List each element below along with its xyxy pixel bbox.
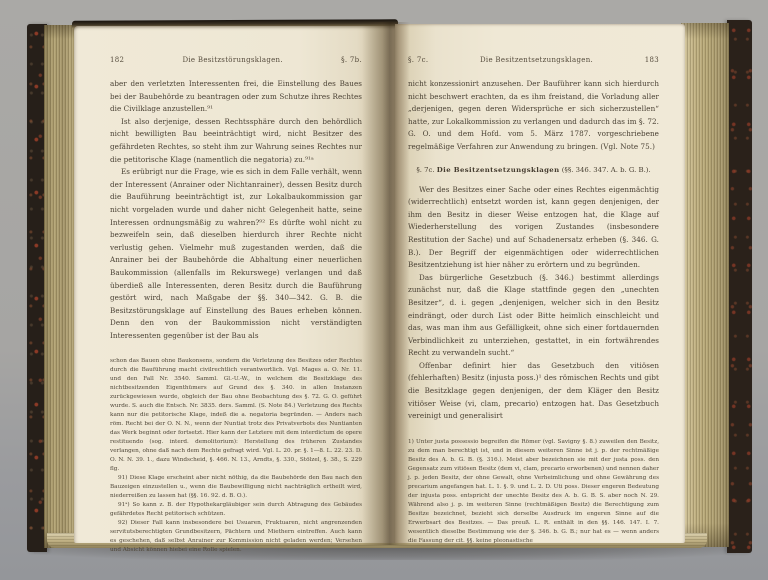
left-footnotes: schon das Bauen ohne Baukonsens, sondern…: [110, 357, 362, 555]
right-body-text: nicht konzessionirt anzusehen. Der Baufü…: [408, 78, 659, 154]
footnote: 91) Diese Klage erscheint aber nicht nöt…: [110, 474, 362, 501]
left-body-text: aber den verletzten Interessenten frei, …: [110, 78, 362, 342]
section-heading: §. 7c. Die Besitzentsetzungsklagen (§§. …: [408, 165, 659, 175]
left-page-number: 182: [110, 56, 124, 64]
book-cover-right: [727, 20, 752, 553]
right-footnotes: 1) Unter justa possessio begreifen die R…: [408, 438, 659, 546]
right-page-text: §. 7c. Die Besitzentsetzungsklagen. 183 …: [408, 56, 659, 546]
right-body-text-2: Wer des Besitzes einer Sache oder eines …: [408, 184, 659, 423]
section-heading-title: Die Besitzentsetzungsklagen: [437, 166, 560, 174]
left-page-text: 182 Die Besitzstörungsklagen. §. 7b. abe…: [110, 56, 362, 555]
body-paragraph: Es erübrigt nur die Frage, wie es sich i…: [110, 166, 362, 342]
right-running-title: Die Besitzentsetzungsklagen.: [428, 56, 644, 64]
body-paragraph: nicht konzessionirt anzusehen. Der Baufü…: [408, 78, 659, 154]
left-running-title: Die Besitzstörungsklagen.: [124, 56, 341, 64]
body-paragraph: aber den verletzten Interessenten frei, …: [110, 78, 362, 116]
right-page-header: §. 7c. Die Besitzentsetzungsklagen. 183: [408, 56, 659, 64]
body-paragraph: Offenbar definirt hier das Gesetzbuch de…: [408, 360, 659, 423]
right-section-mark: §. 7c.: [408, 56, 428, 64]
page-edges-right: [681, 23, 729, 547]
section-heading-refs: (§§. 346. 347. A. b. G. B.).: [562, 166, 651, 174]
left-page-header: 182 Die Besitzstörungsklagen. §. 7b.: [110, 56, 362, 64]
body-paragraph: Das bürgerliche Gesetzbuch (§. 346.) bes…: [408, 272, 659, 360]
body-paragraph: Wer des Besitzes einer Sache oder eines …: [408, 184, 659, 272]
body-paragraph: Ist also derjenige, dessen Rechtssphäre …: [110, 116, 362, 166]
footnote: 91ᵃ) So kann z. B. der Hypothekargläubig…: [110, 501, 362, 519]
left-section-mark: §. 7b.: [341, 56, 362, 64]
footnote: 1) Unter justa possessio begreifen die R…: [408, 438, 659, 546]
section-heading-number: §. 7c.: [416, 166, 434, 174]
right-page-number: 183: [645, 56, 659, 64]
photo-background: 182 Die Besitzstörungsklagen. §. 7b. abe…: [0, 0, 768, 580]
footnote: 92) Dieser Fall kann insbesondere bei Us…: [110, 519, 362, 555]
footnote: schon das Bauen ohne Baukonsens, sondern…: [110, 357, 362, 474]
page-edges-left: [44, 25, 76, 548]
